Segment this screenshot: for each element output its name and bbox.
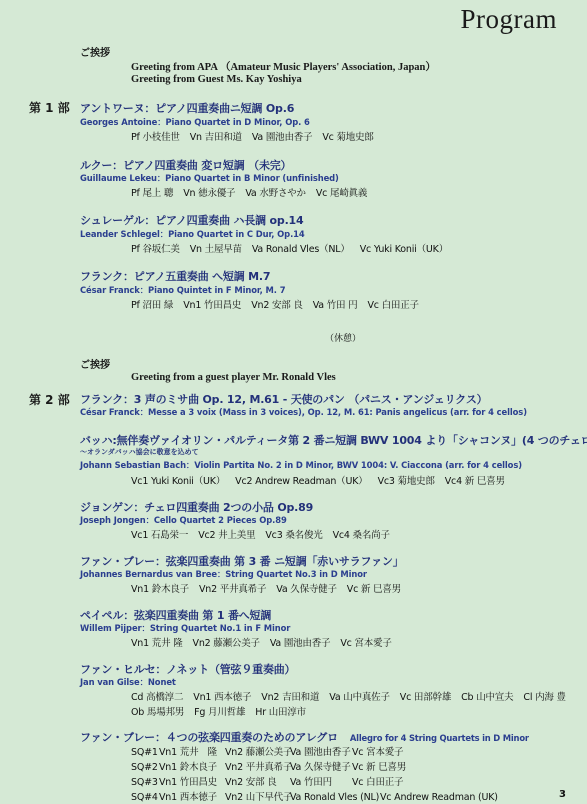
greeting-line: Greeting from Guest Ms. Kay Yoshiya [131,74,302,85]
piece-title-en: Jan van Gilse：Nonet [80,676,176,688]
player: Pf 小枝佳世 [131,132,180,143]
player-list: Pf 尾上 聰Vn 徳永優子Va 水野さやかVc 尾崎眞義 [131,185,377,199]
player: Va 水野さやか [245,188,306,199]
player: Vn1 竹田昌史 [183,300,241,311]
player: Vn 徳永優子 [183,188,235,199]
player: Vc2 井上美里 [198,530,255,541]
player: Vn2 吉田和道 [261,692,319,703]
player: Vc4 新 巳喜男 [445,476,505,487]
player: Vc 白田正子 [352,774,403,788]
piece-title-jp: ファン・ブレー：弦楽四重奏曲 第 3 番 ニ短調「赤いサラファン」 [80,553,404,569]
player: Vn1 竹田昌史 [159,774,225,788]
player: Vc 宮本愛子 [340,638,391,649]
player-list: Pf 小枝佳世Vn 吉田和道Va 園池由香子Vc 菊地史郎 [131,129,384,143]
player: Va 久保寺健子 [276,584,337,595]
player: Cl 内海 豊 [523,692,565,703]
player: Cd 高橋淳二 [131,692,183,703]
player: Vc2 Andrew Readman（UK） [235,476,367,487]
player: Va 竹田 円 [313,300,358,311]
piece-title-en: César Franck：Piano Quintet in F Minor, M… [80,284,285,296]
part-2-label: 第 2 部 [29,391,70,408]
player: Vc1 Yuki Konii（UK） [131,476,225,487]
player: Vn2 平井真希子 [199,584,266,595]
quartet-row: SQ#3Vn1 竹田昌史Vn2 安部 良Va 竹田円Vc 白田正子 [131,774,403,788]
quartet-label: SQ#4 [131,792,159,803]
player: Va 久保寺健子 [290,759,352,773]
player-list: Vc1 石島栄一Vc2 井上美里Vc3 桑名俊光Vc4 桑名尚子 [131,527,400,541]
piece-title-en: Allegro for 4 String Quartets in D Minor [350,733,529,743]
piece-title-en: Johann Sebastian Bach：Violin Partita No.… [80,459,522,471]
piece-title-jp-text: ファン・ブレー：４つの弦楽四重奏のためのアレグロ [80,731,338,744]
player: Vc 宮本愛子 [352,744,403,758]
player-list: Vn1 荒井 隆Vn2 藤瀬公美子Va 園池由香子Vc 宮本愛子 [131,635,402,649]
player: Va Ronald Vles（NL） [252,244,350,255]
player: Fg 月川哲雄 [194,707,245,718]
player: Vn1 西本徳子 [159,789,225,803]
player: Vc 白田正子 [367,300,418,311]
player: Vn2 藤瀬公美子 [225,744,290,758]
greeting-line: Greeting from a guest player Mr. Ronald … [131,372,336,383]
player-list: Ob 馬場邦男Fg 月川哲雄Hr 山田淳市 [131,704,316,718]
player: Vc Yuki Konii（UK） [360,244,448,255]
player: Hr 山田淳市 [255,707,306,718]
quartet-label: SQ#3 [131,777,159,788]
player: Vn1 鈴木良子 [131,584,189,595]
player-list: Pf 谷坂仁美Vn 土屋早苗Va Ronald Vles（NL）Vc Yuki … [131,241,458,255]
piece-title-en: Willem Pijper：String Quartet No.1 in F M… [80,622,290,634]
piece-title-en: Johannes Bernardus van Bree：String Quart… [80,568,367,580]
piece-title-en: Joseph Jongen：Cello Quartet 2 Pieces Op.… [80,514,287,526]
player: Vc 田部幹雄 [400,692,451,703]
player: Vc 菊地史郎 [322,132,373,143]
quartet-row: SQ#4Vn1 西本徳子Vn2 山下早代子Va Ronald Vles (NL)… [131,789,498,803]
piece-title-en: César Franck：Messe a 3 voix (Mass in 3 v… [80,406,527,418]
part-1-label: 第 1 部 [29,99,70,116]
piece-title-jp: シュレーゲル：ピアノ四重奏曲 ハ長調 op.14 [80,212,303,228]
player: Pf 沼田 緑 [131,300,173,311]
player: Vc3 菊地史郎 [378,476,435,487]
player: Vn2 平井真希子 [225,759,290,773]
quartet-row: SQ#2Vn1 鈴木良子Vn2 平井真希子Va 久保寺健子Vc 新 巳喜男 [131,759,406,773]
greeting-heading: ご挨拶 [80,356,110,371]
piece-title-jp: ペイペル：弦楽四重奏曲 第 1 番へ短調 [80,607,271,623]
player: Vn2 安部 良 [225,774,290,788]
quartet-row: SQ#1Vn1 荒井 隆Vn2 藤瀬公美子Va 園池由香子Vc 宮本愛子 [131,744,403,758]
player: Cb 山中宣夫 [461,692,513,703]
player: Va 園池由香子 [290,744,352,758]
intermission-label: （休憩） [325,331,361,344]
player: Vn1 西本徳子 [193,692,251,703]
player: Va 園池由香子 [252,132,313,143]
player: Vn1 荒井 隆 [131,638,183,649]
player: Vn 吉田和道 [190,132,242,143]
player: Vn2 安部 良 [251,300,303,311]
player: Vc 尾崎眞義 [316,188,367,199]
piece-title-jp: ファン・ブレー：４つの弦楽四重奏のためのアレグロAllegro for 4 St… [80,729,529,745]
piece-title-jp: ファン・ヒルセ：ノネット（管弦９重奏曲） [80,661,295,677]
greeting-line: Greeting from APA （Amateur Music Players… [131,59,436,74]
player: Va 山中真佐子 [329,692,390,703]
player: Ob 馬場邦男 [131,707,184,718]
dedication-note: ～オランダバッハ協会に敬意を込めて [80,447,199,457]
piece-title-jp: アントワーヌ：ピアノ四重奏曲ニ短調 Op.6 [80,100,294,116]
piece-title-jp: フランク：ピアノ五重奏曲 へ短調 M.7 [80,268,270,284]
piece-title-jp: バッハ:無伴奏ヴァイオリン・パルティータ第 2 番ニ短調 BWV 1004 より… [80,432,587,448]
player: Pf 谷坂仁美 [131,244,180,255]
player: Vn2 藤瀬公美子 [193,638,260,649]
piece-title-en: Guillaume Lekeu：Piano Quartet in B Minor… [80,172,339,184]
player: Vn 土屋早苗 [190,244,242,255]
player-list: Vc1 Yuki Konii（UK）Vc2 Andrew Readman（UK）… [131,473,515,487]
piece-title-jp: ルクー：ピアノ四重奏曲 変ロ短調 （未完） [80,157,291,173]
piece-title-jp: フランク：3 声のミサ曲 Op. 12, M.61 - 天使のパン （パニス・ア… [80,391,487,407]
page-number: 3 [559,789,566,800]
player: Va Ronald Vles (NL) [290,792,380,803]
greeting-heading: ご挨拶 [80,44,110,59]
player: Vc1 石島栄一 [131,530,188,541]
player: Va 園池由香子 [270,638,331,649]
quartet-label: SQ#1 [131,747,159,758]
player: Vc 新 巳喜男 [347,584,401,595]
player: Vn2 山下早代子 [225,789,290,803]
player: Vn1 鈴木良子 [159,759,225,773]
player: Pf 尾上 聰 [131,188,173,199]
player: Vn1 荒井 隆 [159,744,225,758]
piece-title-en: Leander Schlegel：Piano Quartet in C Dur,… [80,228,305,240]
quartet-label: SQ#2 [131,762,159,773]
player: Vc 新 巳喜男 [352,759,406,773]
player-list: Vn1 鈴木良子Vn2 平井真希子Va 久保寺健子Vc 新 巳喜男 [131,581,411,595]
player-list: Cd 高橋淳二Vn1 西本徳子Vn2 吉田和道Va 山中真佐子Vc 田部幹雄Cb… [131,689,576,703]
player: Va 竹田円 [290,774,352,788]
piece-title-en: Georges Antoine：Piano Quartet in D Minor… [80,116,310,128]
page-title: Program [461,4,557,35]
player: Vc4 桑名尚子 [333,530,390,541]
player: Vc3 桑名俊光 [265,530,322,541]
player-list: Pf 沼田 緑Vn1 竹田昌史Vn2 安部 良Va 竹田 円Vc 白田正子 [131,297,429,311]
player: Vc Andrew Readman (UK) [380,792,498,803]
piece-title-jp: ジョンゲン：チェロ四重奏曲 2つの小品 Op.89 [80,499,313,515]
